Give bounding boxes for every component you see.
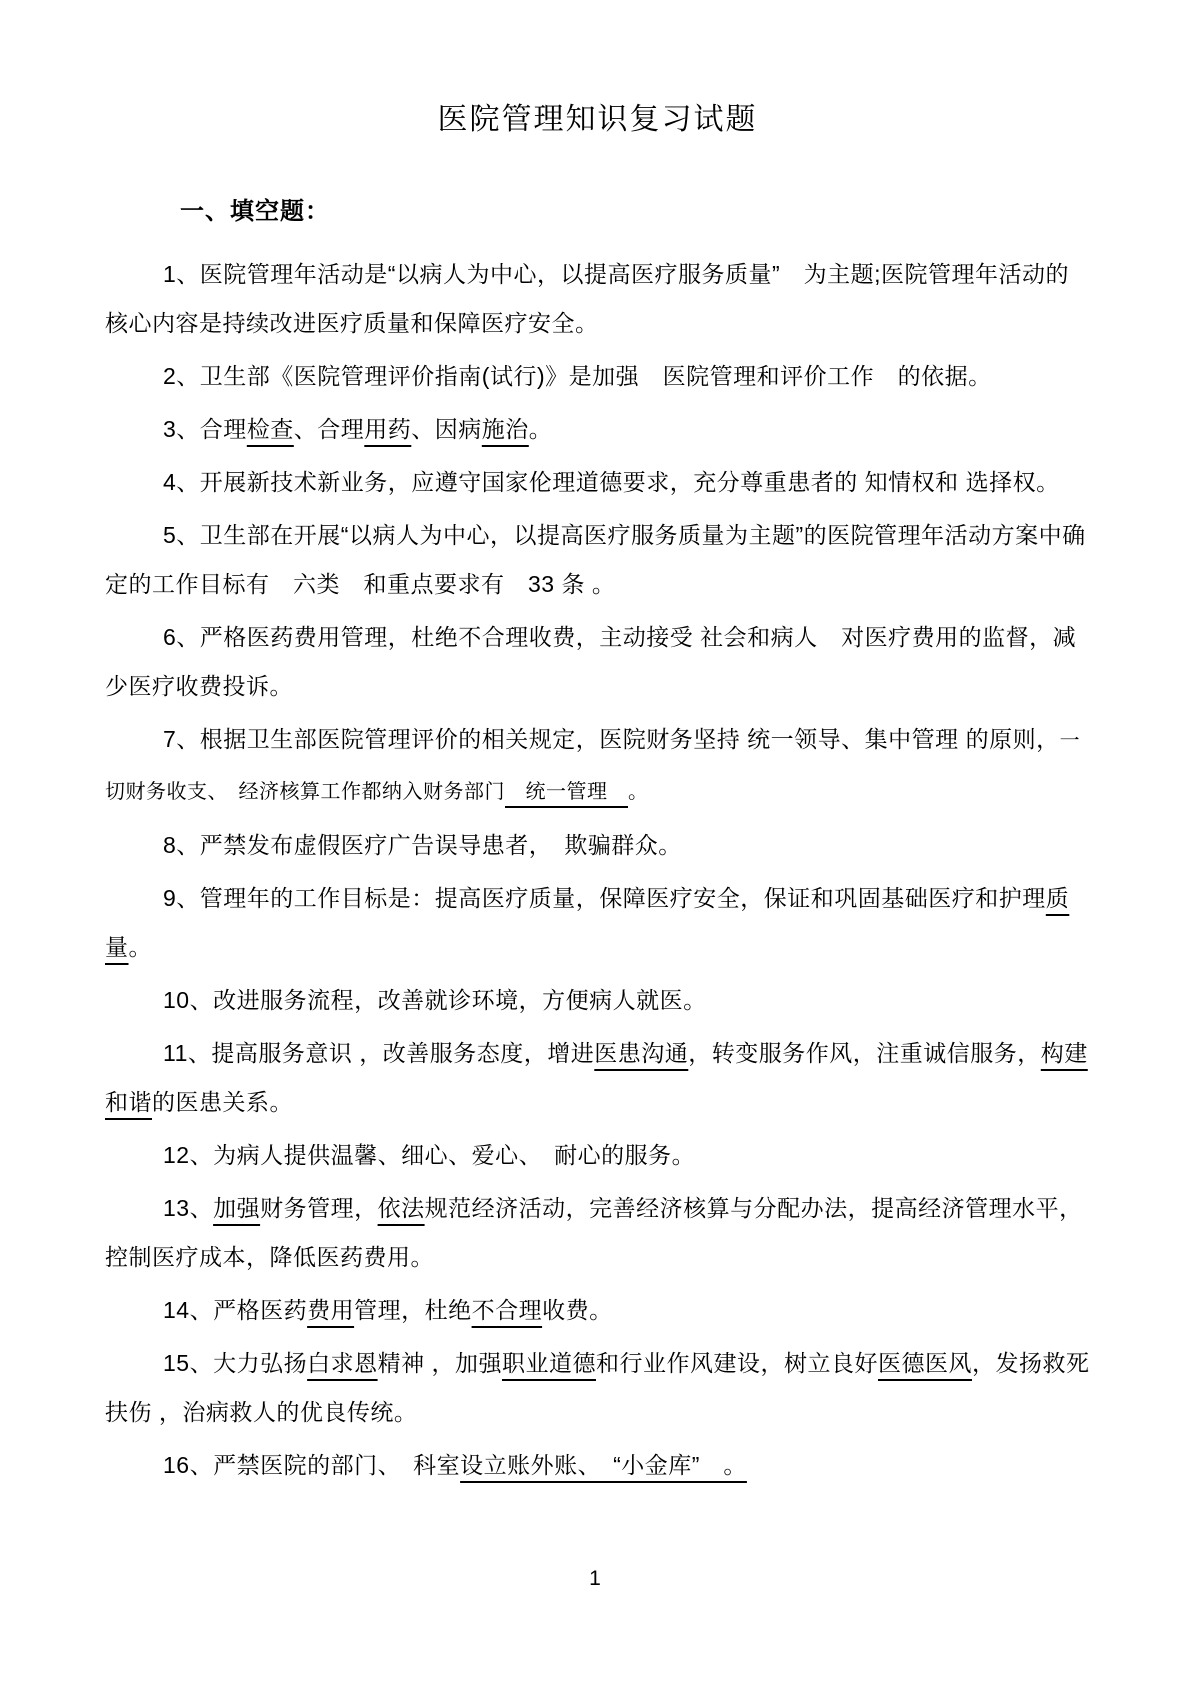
fill-blank-item: 14、严格医药费用管理，杜绝不合理收费。 [105, 1286, 1090, 1335]
text-segment: 11、提高服务意识 ，改善服务态度，增进 [163, 1040, 594, 1066]
blank-answer: 检查 [247, 416, 294, 442]
blank-answer: 施治 [482, 416, 529, 442]
fill-blank-item: 15、大力弘扬白求恩精神 ，加强职业道德和行业作风建设，树立良好医德医风，发扬救… [105, 1339, 1090, 1437]
fill-blank-item: 11、提高服务意识 ，改善服务态度，增进医患沟通，转变服务作风，注重诚信服务，构… [105, 1029, 1090, 1127]
text-segment: 8、严禁发布虚假医疗广告误导患者， 欺骗群众。 [163, 832, 682, 858]
fill-blank-item: 5、卫生部在开展“以病人为中心，以提高医疗服务质量为主题”的医院管理年活动方案中… [105, 511, 1090, 609]
fill-blank-item: 2、卫生部《医院管理评价指南(试行)》是加强 医院管理和评价工作 的依据。 [105, 352, 1090, 401]
text-segment: 2、卫生部《医院管理评价指南(试行)》是加强 医院管理和评价工作 的依据。 [163, 363, 992, 389]
fill-blank-item: 10、改进服务流程，改善就诊环境，方便病人就医。 [105, 976, 1090, 1025]
blank-answer: 费用 [307, 1297, 354, 1323]
text-segment: 。 [129, 934, 153, 960]
text-segment: 10、改进服务流程，改善就诊环境，方便病人就医。 [163, 987, 707, 1013]
blank-answer: 不合理 [472, 1297, 543, 1323]
fill-blank-item: 7、根据卫生部医院管理评价的相关规定，医院财务坚持 统一领导、集中管理 的原则，… [105, 715, 1090, 817]
section-heading: 一、填空题： [105, 196, 1090, 228]
text-segment: 的医患关系。 [152, 1089, 293, 1115]
text-segment: 管理，杜绝 [354, 1297, 472, 1323]
fill-blank-item: 12、为病人提供温馨、细心、爱心、 耐心的服务。 [105, 1131, 1090, 1180]
text-segment: 12、为病人提供温馨、细心、爱心、 耐心的服务。 [163, 1142, 695, 1168]
text-segment: 1、医院管理年活动是“以病人为中心，以提高医疗服务质量” 为主题;医院管理年活动… [105, 261, 1069, 336]
text-segment: 5、卫生部在开展“以病人为中心，以提高医疗服务质量为主题”的医院管理年活动方案中… [105, 522, 1086, 597]
text-segment: 、因病 [411, 416, 482, 442]
text-segment: 财务管理， [260, 1195, 378, 1221]
text-segment: ，转变服务作风，注重诚信服务， [688, 1040, 1041, 1066]
text-segment: 7、根据卫生部医院管理评价的相关规定，医院财务坚持 统一领导、集中管理 的原则， [163, 726, 1060, 752]
text-segment: 14、严格医药 [163, 1297, 307, 1323]
text-segment: 16、严禁医院的部门、 科室 [163, 1452, 460, 1478]
blank-answer: 职业道德 [502, 1350, 596, 1376]
blank-answer: 白求恩 [307, 1350, 378, 1376]
text-segment: 4、开展新技术新业务，应遵守国家伦理道德要求，充分尊重患者的 知情权和 选择权。 [163, 469, 1060, 495]
blank-answer: 设立账外账、 “小金库” 。 [460, 1452, 747, 1478]
text-segment: 。 [628, 781, 649, 803]
blank-answer: 加强 [213, 1195, 260, 1221]
fill-blank-item: 3、合理检查、合理用药、因病施治。 [105, 405, 1090, 454]
text-segment: 、合理 [294, 416, 365, 442]
text-segment: 和行业作风建设，树立良好 [596, 1350, 878, 1376]
text-segment: 3、合理 [163, 416, 247, 442]
text-segment: 6、严格医药费用管理，杜绝不合理收费，主动接受 社会和病人 对医疗费用的监督，减… [105, 624, 1076, 699]
blank-answer: 依法 [378, 1195, 425, 1221]
page-title: 医院管理知识复习试题 [105, 98, 1090, 142]
blank-answer: 用药 [364, 416, 411, 442]
text-segment: 13、 [163, 1195, 213, 1221]
fill-blank-list: 1、医院管理年活动是“以病人为中心，以提高医疗服务质量” 为主题;医院管理年活动… [105, 250, 1090, 1490]
page-number: 1 [0, 1567, 1190, 1591]
text-segment: 。 [529, 416, 553, 442]
fill-blank-item: 16、严禁医院的部门、 科室设立账外账、 “小金库” 。 [105, 1441, 1090, 1490]
fill-blank-item: 1、医院管理年活动是“以病人为中心，以提高医疗服务质量” 为主题;医院管理年活动… [105, 250, 1090, 348]
fill-blank-item: 9、管理年的工作目标是：提高医疗质量，保障医疗安全，保证和巩固基础医疗和护理质量… [105, 874, 1090, 972]
blank-answer: 统一管理 [505, 781, 628, 803]
text-segment: 收费。 [542, 1297, 613, 1323]
fill-blank-item: 6、严格医药费用管理，杜绝不合理收费，主动接受 社会和病人 对医疗费用的监督，减… [105, 613, 1090, 711]
fill-blank-item: 13、加强财务管理，依法规范经济活动，完善经济核算与分配办法，提高经济管理水平，… [105, 1184, 1090, 1282]
text-segment: 精神 ，加强 [378, 1350, 502, 1376]
fill-blank-item: 8、严禁发布虚假医疗广告误导患者， 欺骗群众。 [105, 821, 1090, 870]
document-page: 医院管理知识复习试题 一、填空题： 1、医院管理年活动是“以病人为中心，以提高医… [0, 0, 1190, 1683]
blank-answer: 医患沟通 [594, 1040, 688, 1066]
text-segment: 9、管理年的工作目标是：提高医疗质量，保障医疗安全，保证和巩固基础医疗和护理 [163, 885, 1046, 911]
text-segment: 15、大力弘扬 [163, 1350, 307, 1376]
fill-blank-item: 4、开展新技术新业务，应遵守国家伦理道德要求，充分尊重患者的 知情权和 选择权。 [105, 458, 1090, 507]
blank-answer: 医德医风 [878, 1350, 972, 1376]
